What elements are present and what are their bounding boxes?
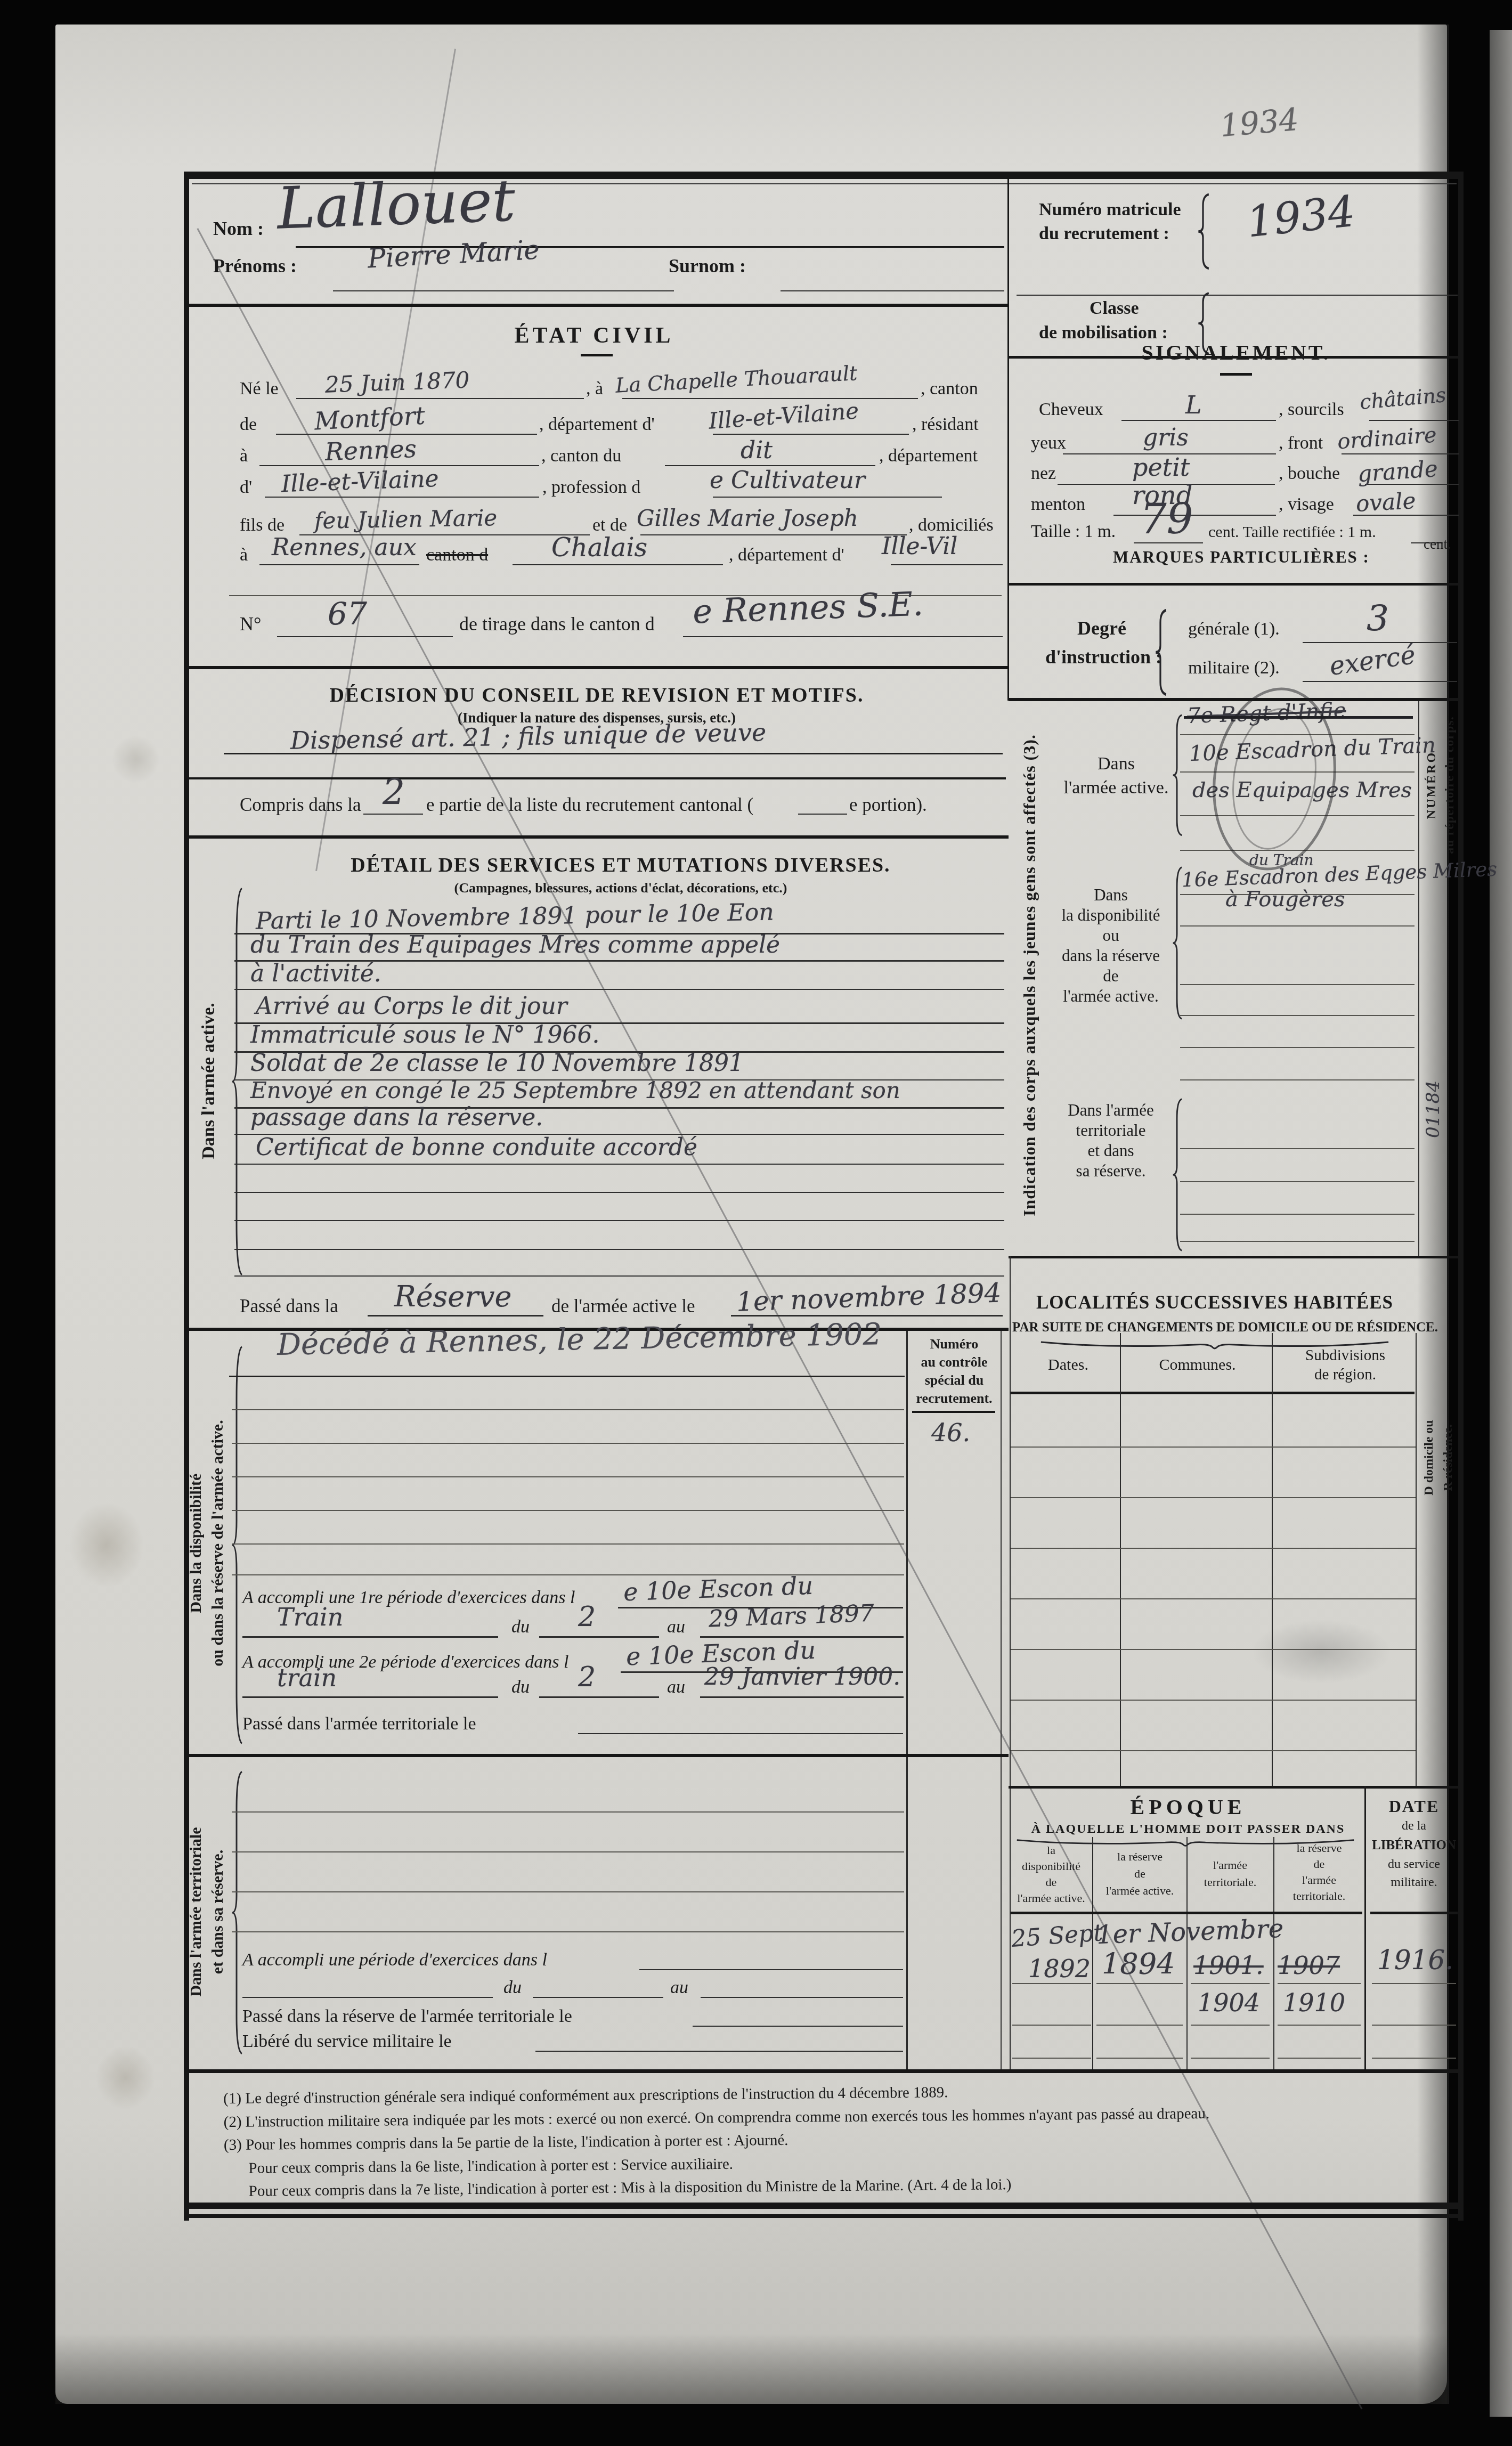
rule-line: [185, 777, 1006, 779]
epoque-value-reserve-terr-struck: 1907: [1278, 1951, 1340, 1980]
taille-value: 79: [1140, 495, 1193, 543]
corps-active-label: Dans: [1063, 754, 1169, 774]
militaire-label: militaire (2).: [1188, 658, 1280, 678]
epoque-col1-label: l'armée active.: [1011, 1891, 1092, 1905]
father-value: feu Julien Marie: [314, 505, 498, 534]
epoque-value-territoriale-struck: 1901.: [1193, 1951, 1264, 1980]
section-rule: [1009, 583, 1464, 586]
nom-value: Lallouet: [276, 167, 516, 242]
section-rule: [1009, 1256, 1464, 1258]
corps-dispo-label: dans la réserve: [1042, 946, 1180, 965]
degre-label: Degré: [1077, 617, 1126, 639]
passe-reserve-value: Réserve: [394, 1280, 512, 1313]
localites-col-dates: Dates.: [1020, 1356, 1116, 1374]
brace-icon: [1153, 608, 1167, 696]
compris-label: e partie de la liste du recrutement cant…: [426, 794, 753, 816]
service-line: passage dans la réserve.: [250, 1104, 543, 1131]
rule-line: [513, 564, 723, 565]
epoque-col4-label: l'armée: [1274, 1873, 1364, 1887]
periode2-end-value: 29 Janvier 1900.: [704, 1663, 900, 1691]
column-divider: [1186, 1837, 1188, 2069]
nez-value: petit: [1132, 453, 1190, 482]
du-label: du: [511, 1617, 530, 1637]
residant-label: , résidant: [912, 415, 979, 435]
tirage-canton-label: de tirage dans le canton d: [459, 613, 655, 635]
brace-icon: [1196, 193, 1210, 270]
tirage-number-value: 67: [328, 596, 367, 632]
visage-label: , visage: [1279, 494, 1334, 515]
domicile-value: Rennes, aux: [272, 534, 417, 561]
table-row-line: [1011, 1447, 1416, 1448]
rule-line: [1278, 2025, 1361, 2026]
column-divider: [1092, 1837, 1093, 2069]
au-label: au: [667, 1617, 685, 1637]
rule-line: [234, 1164, 1004, 1165]
cheveux-label: Cheveux: [1039, 400, 1103, 420]
rule-line: [640, 534, 907, 535]
profession-value: e Cultivateur: [710, 467, 865, 494]
column-divider: [1001, 1331, 1002, 2071]
scan-edge-strip: [1490, 30, 1512, 2417]
departement-label: , département d': [729, 545, 844, 565]
rule-line: [1278, 1983, 1361, 1984]
a-label: à: [240, 545, 248, 565]
brace-icon: [230, 1343, 243, 1748]
corps-terr-label: et dans: [1042, 1141, 1180, 1160]
surnom-label: Surnom :: [669, 255, 746, 277]
rule-line: [232, 1811, 904, 1813]
localites-col-subdivisions: de région.: [1279, 1366, 1412, 1384]
departement-domicile-value: Ille-Vil: [882, 533, 957, 560]
scanned-military-record-page: 1934 Nom : Lallouet Prénoms : Pierre Mar…: [0, 0, 1512, 2446]
canton-du-value: dit: [741, 437, 773, 464]
brace-icon: [1171, 1098, 1183, 1252]
section-rule: [184, 1754, 1009, 1757]
rule-line: [277, 636, 453, 637]
rule-line: [232, 1409, 904, 1410]
birth-date-value: 25 Juin 1870: [324, 367, 470, 397]
rule-line: [368, 1315, 543, 1317]
epoque-col3-label: l'armée: [1188, 1858, 1273, 1872]
brace-icon: [1171, 714, 1183, 836]
a-label: à: [240, 446, 248, 466]
rule-line: [242, 1997, 493, 1998]
brace-icon: [230, 884, 243, 1279]
rule-line: [1180, 1015, 1415, 1016]
rule-line: [259, 564, 419, 565]
localites-title: LOCALITÉS SUCCESSIVES HABITÉES: [1012, 1292, 1417, 1313]
service-line: Certificat de bonne conduite accordé: [256, 1134, 697, 1161]
epoque-col2-label: l'armée active.: [1093, 1884, 1186, 1898]
liberation-label: DATE: [1369, 1797, 1459, 1816]
corps-dispo-label: Dans: [1042, 885, 1180, 905]
tirage-canton-value: e Rennes S.E.: [692, 584, 924, 631]
rule-line: [232, 1510, 904, 1511]
epoque-value-reserve-year: 1894: [1102, 1947, 1175, 1981]
rule-line: [1342, 453, 1459, 454]
epoque-col1-label: la: [1011, 1843, 1092, 1857]
bouche-value: grande: [1356, 456, 1438, 487]
localites-subtitle: PAR SUITE DE CHANGEMENTS DE DOMICILE OU …: [1012, 1320, 1417, 1335]
epoque-col2-label: de: [1093, 1867, 1186, 1881]
rule-line: [912, 1411, 995, 1413]
frame-right: [1458, 172, 1464, 2221]
corps-active-label: l'armée active.: [1044, 778, 1188, 798]
rule-line: [683, 636, 1003, 637]
de-label: de: [240, 415, 257, 435]
rule-line: [1191, 2025, 1270, 2026]
rule-line: [1372, 2058, 1456, 2059]
periode1-start-value: 2: [578, 1601, 596, 1633]
passe-reserve-label: de l'armée active le: [551, 1296, 695, 1317]
passe-reserve-label: Passé dans la: [240, 1296, 338, 1317]
epoque-col4-label: territoriale.: [1274, 1889, 1364, 1903]
service-line: Soldat de 2e classe le 10 Novembre 1891: [250, 1050, 744, 1077]
taille-label: Taille : 1 m.: [1031, 522, 1116, 542]
rule-line: [234, 1220, 1004, 1221]
margin-label-disponibilite: Dans la disponibilité ou dans la réserve…: [185, 1336, 229, 1751]
margin-label-line: ou dans la réserve de l'armée active.: [207, 1336, 229, 1751]
domicile-residence-vertical-label: D domicile ou R résidence.: [1419, 1362, 1458, 1554]
rule-line: [1191, 2058, 1270, 2059]
column-divider: [1418, 701, 1419, 1256]
column-divider: [1010, 1256, 1011, 2071]
corps-dispo-label: l'armée active.: [1042, 987, 1180, 1006]
rule-line: [539, 1696, 659, 1698]
du-label: du: [511, 1677, 530, 1697]
circular-stamp: [1210, 683, 1338, 875]
side-label-line: R résidence.: [1438, 1362, 1458, 1554]
bouche-label: , bouche: [1279, 464, 1340, 484]
yeux-value: gris: [1143, 424, 1189, 451]
rule-line: [1278, 2058, 1361, 2059]
rule-line: [242, 1636, 498, 1638]
mother-value: Gilles Marie Joseph: [637, 505, 858, 531]
rule-line: [232, 1476, 904, 1477]
au-label: au: [670, 1978, 688, 1998]
rule-line: [1096, 1983, 1183, 1984]
rule-line: [363, 814, 423, 815]
nom-label: Nom :: [213, 217, 264, 240]
section-rule: [184, 666, 1009, 669]
table-row-line: [1011, 1700, 1416, 1701]
rule-line: [234, 1192, 1004, 1193]
a-label: , à: [586, 379, 603, 399]
service-line: à l'activité.: [250, 960, 381, 987]
rule-line: [1303, 642, 1457, 643]
rule-line: [1121, 420, 1276, 421]
rule-line: [639, 1969, 903, 1970]
section-rule: [184, 835, 1009, 839]
rule-line: [234, 1275, 1004, 1277]
epoque-title: ÉPOQUE: [1012, 1794, 1364, 1819]
rule-line: [533, 1997, 663, 1998]
passe-territoriale-label: Passé dans l'armée territoriale le: [242, 1714, 476, 1734]
periode2-corps-value: train: [277, 1663, 337, 1692]
column-divider: [1272, 1333, 1273, 1786]
table-row-line: [1011, 1649, 1416, 1650]
rule-line: [1372, 1983, 1456, 1984]
title-dash: [581, 354, 613, 356]
compris-label: Compris dans la: [240, 794, 361, 816]
compris-value: 2: [383, 771, 405, 812]
rule-line: [232, 1931, 904, 1932]
rule-line: [701, 1997, 903, 1998]
corps-dispo-label: ou: [1042, 926, 1180, 945]
margin-label-territoriale: Dans l'armée territoriale et dans sa rés…: [185, 1763, 229, 2061]
rule-line: [1180, 1148, 1415, 1149]
column-divider: [1364, 1786, 1366, 2069]
corps-terr-label: territoriale: [1042, 1121, 1180, 1140]
rule-line: [232, 1891, 904, 1892]
canton-d-struck-label: canton d: [426, 545, 488, 565]
numero-tirage-label: N°: [240, 613, 261, 635]
rule-line: [1180, 1181, 1415, 1182]
epoque-value-territoriale: 1904: [1198, 1988, 1260, 2017]
corps-vertical-label: Indication des corps auxquels les jeunes…: [1020, 709, 1039, 1242]
rule-line: [693, 2026, 903, 2027]
services-title: DÉTAIL DES SERVICES ET MUTATIONS DIVERSE…: [234, 854, 1007, 877]
epoque-col1-label: disponibilité: [1011, 1859, 1092, 1873]
canton-du-label: , canton du: [541, 446, 621, 466]
epoque-col2-label: la réserve: [1093, 1850, 1186, 1864]
territorial-periode-label: A accompli une période d'exercices dans …: [242, 1950, 547, 1970]
column-divider: [1120, 1333, 1121, 1786]
service-line: Envoyé en congé le 25 Septembre 1892 en …: [250, 1077, 900, 1103]
header-rule: [1011, 1912, 1362, 1914]
frame-bottom: [184, 2203, 1464, 2209]
frame-bottom-inner: [184, 2214, 1464, 2218]
canton-domicile-value: Chalais: [551, 533, 647, 563]
rule-line: [333, 290, 674, 291]
epoque-col4-label: de: [1274, 1857, 1364, 1871]
canton-value: Montfort: [314, 401, 426, 436]
instruction-label: d'instruction :: [1045, 646, 1162, 668]
epoque-col3-label: territoriale.: [1188, 1875, 1273, 1889]
header-bottom-rule: [184, 304, 1009, 307]
header-rule: [1370, 1912, 1458, 1914]
nez-label: nez: [1031, 464, 1056, 484]
rule-line: [1012, 2025, 1091, 2026]
cent-label: cent.: [1424, 536, 1451, 552]
rule-line: [1017, 295, 1458, 296]
rule-line: [713, 497, 942, 498]
cheveux-value: L: [1185, 391, 1202, 419]
table-row-line: [1011, 1598, 1416, 1599]
service-line: Arrivé au Corps le dit jour: [256, 993, 567, 1020]
au-label: au: [667, 1677, 685, 1697]
signalement-title: SIGNALEMENT.: [1060, 340, 1412, 365]
liberation-label: LIBÉRATION: [1369, 1838, 1459, 1853]
epoque-value-reserve-terr: 1910: [1283, 1988, 1345, 2017]
canton-label: , canton: [921, 379, 978, 399]
rule-line: [1180, 1047, 1415, 1048]
rule-line: [622, 398, 918, 399]
rule-line: [665, 465, 875, 466]
corps-dispo-label: la disponibilité: [1042, 906, 1180, 925]
corps-dispo-label: de: [1042, 966, 1180, 986]
rule-line: [234, 989, 1004, 990]
visage-value: ovale: [1355, 487, 1417, 517]
fils-de-label: fils de: [240, 515, 284, 535]
d-label: d': [240, 477, 252, 498]
rule-line: [1180, 925, 1415, 927]
rule-line: [1096, 2025, 1183, 2026]
rule-line: [296, 398, 584, 399]
liberation-label: militaire.: [1369, 1875, 1459, 1890]
liberation-value: 1916.: [1377, 1945, 1453, 1976]
rule-line: [1180, 1241, 1415, 1242]
rule-line: [229, 1376, 905, 1377]
services-subtitle: (Campagnes, blessures, actions d'éclat, …: [234, 880, 1007, 896]
title-dash: [1220, 373, 1252, 376]
departement-residence-value: Ille-et-Vilaine: [281, 465, 439, 498]
matricule-label: Numéro matricule: [1039, 200, 1181, 220]
rule-line: [578, 1733, 903, 1734]
liberation-label: du service: [1369, 1857, 1459, 1872]
side-label-line: D domicile ou: [1419, 1362, 1438, 1554]
rule-line: [1180, 1214, 1415, 1215]
departement-label: , département: [879, 446, 978, 466]
controle-label: spécial du: [908, 1372, 1000, 1388]
rule-line: [891, 564, 1003, 565]
epoque-col4-label: la réserve: [1274, 1841, 1364, 1855]
rule-line: [1191, 1983, 1270, 1984]
rule-line: [1012, 2058, 1091, 2059]
compris-label: e portion).: [849, 794, 927, 816]
rule-line: [242, 1696, 498, 1698]
periode2-start-value: 2: [578, 1661, 596, 1693]
rule-line: [535, 2051, 903, 2052]
rule-line: [224, 753, 1003, 754]
localites-col-subdivisions: Subdivisions: [1279, 1347, 1412, 1364]
main-column-divider: [1007, 172, 1009, 701]
rule-line: [700, 1696, 904, 1698]
brace-icon: [1171, 866, 1183, 1020]
liberation-label: de la: [1369, 1819, 1459, 1833]
corps-terr-label: Dans l'armée: [1042, 1101, 1180, 1120]
rule-line: [1180, 984, 1415, 985]
taille-rectifiee-label: cent. Taille rectifiée : 1 m.: [1208, 523, 1376, 541]
section-rule: [1009, 1786, 1464, 1789]
controle-label: recrutement.: [908, 1391, 1000, 1407]
rule-line: [781, 290, 1004, 291]
localites-col-communes: Communes.: [1127, 1356, 1268, 1374]
column-divider: [1416, 1333, 1417, 1786]
header-rule: [1011, 1392, 1415, 1394]
corps-terr-label: sa réserve.: [1042, 1161, 1180, 1181]
table-row-line: [1011, 1750, 1416, 1751]
decision-title: DÉCISION DU CONSEIL DE REVISION ET MOTIF…: [266, 684, 927, 707]
periode1-corps-value: Train: [277, 1603, 343, 1631]
libere-service-label: Libéré du service militaire le: [242, 2031, 452, 2052]
rule-line: [1113, 515, 1276, 516]
pencil-number: 1934: [1218, 101, 1300, 144]
sourcils-label: , sourcils: [1279, 400, 1344, 420]
rule-line: [798, 814, 847, 815]
margin-label-line: Dans la disponibilité: [185, 1336, 207, 1751]
rule-line: [232, 1543, 904, 1545]
table-row-line: [1011, 1497, 1416, 1498]
rule-line: [232, 1443, 904, 1444]
departement-label: , département d': [539, 415, 655, 435]
rule-line: [713, 434, 909, 435]
margin-label-line: Dans l'armée territoriale: [185, 1763, 207, 2061]
rule-line: [1012, 1983, 1091, 1984]
passe-reserve-territoriale-label: Passé dans la réserve de l'armée territo…: [242, 2006, 572, 2027]
corps-margin-number: 01184: [1422, 1056, 1444, 1163]
generale-value: 3: [1367, 598, 1389, 639]
ne-le-label: Né le: [240, 379, 279, 399]
generale-label: générale (1).: [1188, 619, 1280, 639]
footnotes-block: (1) Le degré d'instruction générale sera…: [223, 2077, 1455, 2204]
rule-line: [234, 1249, 1004, 1250]
column-divider: [906, 1331, 908, 2071]
epoque-value-disponibilite-year: 1892: [1028, 1954, 1091, 1983]
front-label: , front: [1279, 433, 1323, 453]
corps-dispo-value: à Fougères: [1225, 887, 1345, 912]
column-divider: [1273, 1837, 1274, 2069]
periode1-end-value: 29 Mars 1897: [708, 1600, 874, 1633]
etat-civil-title: ÉTAT CIVIL: [373, 323, 815, 348]
controle-label: au contrôle: [908, 1354, 1000, 1370]
matricule-label: du recrutement :: [1039, 224, 1169, 244]
yeux-label: yeux: [1031, 433, 1066, 453]
rule-line: [232, 1851, 904, 1852]
classe-label: Classe: [1090, 298, 1139, 319]
section-rule: [184, 2069, 1464, 2073]
rule-line: [539, 1636, 659, 1638]
rule-line: [1372, 2025, 1456, 2026]
controle-label: Numéro: [908, 1336, 1000, 1352]
residence-value: Rennes: [324, 434, 417, 466]
epoque-subtitle: À LAQUELLE L'HOMME DOIT PASSER DANS: [1012, 1822, 1364, 1836]
rule-line: [1096, 2058, 1183, 2059]
menton-label: menton: [1031, 494, 1085, 515]
rule-line: [1180, 1079, 1415, 1080]
epoque-col1-label: de: [1011, 1875, 1092, 1889]
controle-value: 46.: [931, 1418, 970, 1447]
marques-label: MARQUES PARTICULIÈRES :: [1092, 548, 1391, 567]
profession-label: , profession d: [542, 477, 640, 498]
du-label: du: [503, 1978, 522, 1998]
table-row-line: [1011, 1548, 1416, 1549]
margin-label-line: et dans sa réserve.: [207, 1763, 229, 2061]
rule-line: [1369, 420, 1459, 421]
service-line: du Train des Equipages Mres comme appelé: [250, 931, 780, 958]
service-line: Immatriculé sous le N° 1966.: [250, 1021, 599, 1049]
prenoms-label: Prénoms :: [213, 255, 297, 277]
margin-label-armee-active: Dans l'armée active.: [199, 895, 219, 1267]
